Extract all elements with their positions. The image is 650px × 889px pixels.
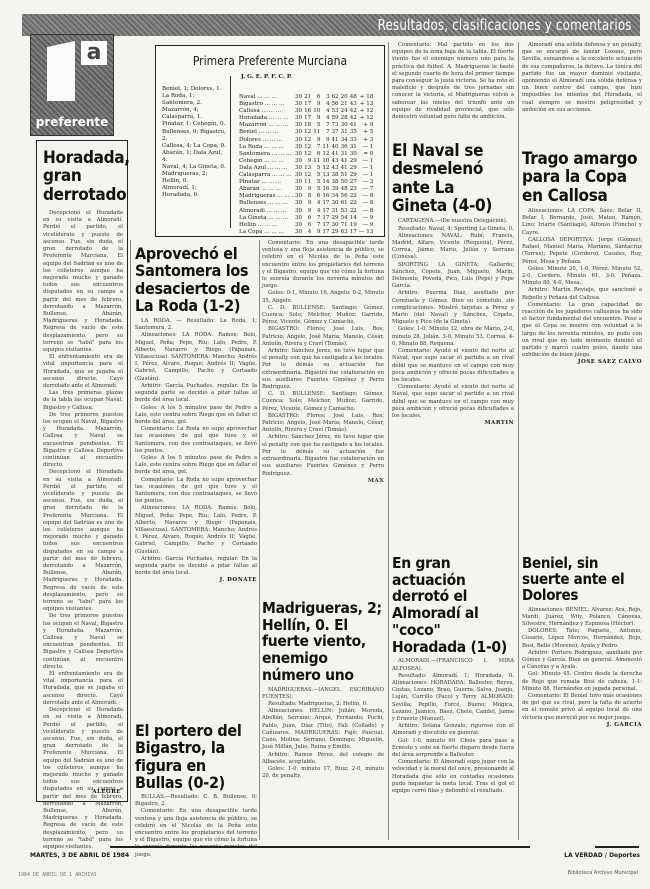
- goals-for: 62: [331, 94, 340, 101]
- drawn: 5: [312, 165, 321, 172]
- played: 30: [294, 222, 303, 229]
- team-name: Pinatar ... ... ...: [238, 179, 294, 186]
- goals-against: 20: [340, 94, 349, 101]
- won: 4: [303, 229, 312, 236]
- table-row: Calasparra ... ... ...3012513385129— 1: [238, 172, 374, 179]
- positives: + 9: [358, 122, 375, 129]
- table-row: Almoradí ... ... ...309417315322— 8: [238, 208, 374, 215]
- won: 6: [303, 222, 312, 229]
- played: 30: [294, 101, 303, 108]
- footer-rule: [595, 846, 639, 848]
- team-name: Dala Azul ... ... ...: [238, 165, 294, 172]
- team-name: Abarán ... ... ...: [238, 186, 294, 193]
- lost: 13: [321, 172, 330, 179]
- goals-for: 29: [331, 229, 340, 236]
- lost: 12: [321, 165, 330, 172]
- lost: 17: [321, 208, 330, 215]
- table-row: Abarán ... ... ...309516394823— 7: [238, 186, 374, 193]
- team-name: Bullenses ... ... ...: [238, 200, 294, 207]
- team-name: Beniel ... ... ...: [238, 129, 294, 136]
- byline: J. GARCIA: [522, 722, 642, 728]
- played: 30: [294, 208, 303, 215]
- points: 35: [349, 129, 358, 136]
- logo-letter: a: [81, 41, 107, 65]
- headline: Trago amargo para la Copa en Callosa: [522, 150, 642, 205]
- table-row: Naval ... ... ...302163622048+ 18: [238, 94, 374, 101]
- article-naval: El Naval se desmelenó ante La Gineta (4-…: [392, 142, 514, 426]
- table-header: J.G.E. P.F.C. P.: [238, 74, 295, 81]
- goals-for: 41: [331, 137, 340, 144]
- article-santomera: Aprovechó el Santomera los desaciertos d…: [135, 245, 257, 583]
- column-rule: [388, 42, 389, 840]
- won: 12: [303, 151, 312, 158]
- article-callosa: Trago amargo para la Copa en Callosa Ali…: [522, 150, 642, 365]
- footer-imprint-left: 1984 DE ABRIL DE 1 ARCHIVO: [18, 872, 96, 878]
- goals-against: 24: [340, 108, 349, 115]
- team-name: La Copa ... ... ...: [238, 229, 294, 236]
- lost: 16: [321, 193, 330, 200]
- points: 33: [349, 137, 358, 144]
- table-row: Callosa ... ... ...3016104532442+ 12: [238, 108, 374, 115]
- article-madrigueras: Madrigueras, 2; Hellín, 0. El fuerte vie…: [262, 600, 384, 780]
- byline: JOSE SAEZ CALVO: [522, 359, 642, 365]
- goals-against: 71: [340, 222, 349, 229]
- positives: — 1: [358, 172, 375, 179]
- lost: 7: [321, 129, 330, 136]
- played: 30: [294, 172, 303, 179]
- team-name: Calasparra ... ... ...: [238, 172, 294, 179]
- goals-for: 37: [331, 129, 340, 136]
- footer-rule: [110, 846, 530, 848]
- goals-against: 50: [340, 179, 349, 186]
- goals-against: 51: [340, 172, 349, 179]
- lost: 17: [321, 229, 330, 236]
- lost: 10: [321, 158, 330, 165]
- goals-for: 30: [331, 200, 340, 207]
- played: 30: [294, 115, 303, 122]
- team-name: Mazarrón ... ... ...: [238, 122, 294, 129]
- lost: 17: [321, 200, 330, 207]
- goals-for: 41: [331, 151, 340, 158]
- points: 22: [349, 193, 358, 200]
- points: 48: [349, 94, 358, 101]
- played: 30: [294, 193, 303, 200]
- won: 8: [303, 193, 312, 200]
- team-name: Bigastro ... ... ...: [238, 101, 294, 108]
- article-bigastro-continued: Comentario: En una desapacible tarde ven…: [262, 240, 384, 485]
- won: 9: [303, 186, 312, 193]
- played: 30: [294, 229, 303, 236]
- won: 6: [303, 215, 312, 222]
- won: 21: [303, 94, 312, 101]
- headline: Beniel, sin suerte ante el Dolores: [522, 555, 642, 604]
- lost: 12: [321, 151, 330, 158]
- article-almoradi: En gran actuación derrotó el Almoradí al…: [392, 555, 514, 795]
- team-name: Horadada ... ... ...: [238, 115, 294, 122]
- goals-against: 56: [340, 193, 349, 200]
- byline: ALEGRE: [92, 789, 121, 795]
- positives: + 3: [358, 137, 375, 144]
- lost: 9: [321, 137, 330, 144]
- drawn: 9: [312, 137, 321, 144]
- table-row: Bigastro ... ... ...301794562143+ 13: [238, 101, 374, 108]
- played: 30: [294, 137, 303, 144]
- footer-date: MARTES, 3 DE ABRIL DE 1984: [30, 852, 129, 859]
- positives: — 3: [358, 179, 375, 186]
- team-name: Santomera ... ... ...: [238, 151, 294, 158]
- goals-for: 53: [331, 108, 340, 115]
- goals-against: 41: [340, 158, 349, 165]
- drawn: 7: [312, 144, 321, 151]
- positives: + 12: [358, 115, 375, 122]
- goals-against: 34: [340, 137, 349, 144]
- lost: 17: [321, 222, 330, 229]
- article-body: LA RODA. — Resultado: La Roda, 1; Santom…: [135, 318, 257, 577]
- table-row: La Gineta ... ... ...306717295414— 9: [238, 215, 374, 222]
- won: 9: [303, 158, 312, 165]
- table-row: Dala Azul ... ... ...3013512434129— 1: [238, 165, 374, 172]
- article-body: CARTAGENA.—(De nuestra Delegación). Resu…: [392, 218, 514, 420]
- article-body: BULLAS.—Resultado: C. B. Bullense, 0; Bi…: [135, 794, 257, 859]
- won: 12: [303, 129, 312, 136]
- footer-publication: LA VERDAD / Deportes: [564, 852, 640, 859]
- positives: — 7: [358, 186, 375, 193]
- drawn: 6: [312, 193, 321, 200]
- won: 18: [303, 122, 312, 129]
- team-name: La Gineta ... ... ...: [238, 215, 294, 222]
- section-logo: a preferente: [30, 34, 114, 136]
- column-rule: [259, 240, 260, 840]
- byline: MAX: [262, 478, 384, 485]
- drawn: 5: [312, 179, 321, 186]
- lost: 4: [321, 101, 330, 108]
- positives: — 13: [358, 229, 375, 236]
- article-body: Decepcionó el Horadada en su visita a Al…: [43, 210, 123, 851]
- goals-for: 38: [331, 172, 340, 179]
- logo-numeral-shape: [47, 41, 75, 101]
- drawn: 10: [312, 108, 321, 115]
- played: 30: [294, 165, 303, 172]
- won: 9: [303, 208, 312, 215]
- standings-table: J.G.E. P.F.C. P.: [238, 74, 295, 86]
- goals-against: 31: [340, 129, 349, 136]
- goals-for: 59: [331, 115, 340, 122]
- points: 42: [349, 115, 358, 122]
- drawn: 11: [312, 129, 321, 136]
- positives: + 5: [358, 129, 375, 136]
- standings-rows: Naval ... ... ...302163622048+ 18Bigastr…: [238, 94, 374, 236]
- table-row: Santomera ... ... ...3012612413130= 0: [238, 151, 374, 158]
- standings-box: Primera Preferente Murciana Beniel, 1; D…: [155, 45, 385, 237]
- team-name: La Roda ... ... ...: [238, 144, 294, 151]
- goals-for: 31: [331, 208, 340, 215]
- goals-for: 73: [331, 122, 340, 129]
- team-name: Callosa ... ... ...: [238, 108, 294, 115]
- article-horadada: Horadada, gran derrotado Decepcionó el H…: [36, 140, 128, 802]
- won: 16: [303, 108, 312, 115]
- footer-imprint-right: Biblioteca Archivo Municipal: [568, 870, 638, 876]
- goals-for: 39: [331, 186, 340, 193]
- drawn: 4: [312, 200, 321, 207]
- table-row: Beniel ... ... ...3012117373135+ 5: [238, 129, 374, 136]
- points: 29: [349, 172, 358, 179]
- positives: + 13: [358, 101, 375, 108]
- played: 30: [294, 122, 303, 129]
- positives: — 1: [358, 165, 375, 172]
- table-row: La Roda ... ... ...3012711403631— 1: [238, 144, 374, 151]
- drawn: 9: [312, 115, 321, 122]
- goals-for: 30: [331, 222, 340, 229]
- points: 43: [349, 101, 358, 108]
- section-banner: Resultados, clasificaciones y comentario…: [22, 14, 640, 36]
- drawn: 5: [312, 122, 321, 129]
- team-name: Naval ... ... ...: [238, 94, 294, 101]
- drawn: 9: [312, 101, 321, 108]
- article-body: ALMORADI.—(FRANCISCO I. MIRA ALFOSEA). R…: [392, 658, 514, 795]
- positives: — 1: [358, 144, 375, 151]
- drawn: 5: [312, 172, 321, 179]
- standings-title: Primera Preferente Murciana: [156, 54, 384, 68]
- won: 13: [303, 165, 312, 172]
- table-row: Dolores ... ... ...301299413433+ 3: [238, 137, 374, 144]
- table-row: Mazarrón ... ... ...301857733041+ 9: [238, 122, 374, 129]
- goals-against: 41: [340, 165, 349, 172]
- won: 11: [303, 179, 312, 186]
- positives: — 9: [358, 215, 375, 222]
- played: 30: [294, 94, 303, 101]
- goals-for: 38: [331, 179, 340, 186]
- drawn: 7: [312, 215, 321, 222]
- positives: — 8: [358, 208, 375, 215]
- column-rule: [518, 42, 519, 840]
- lost: 7: [321, 122, 330, 129]
- goals-for: 43: [331, 165, 340, 172]
- column-rule: [130, 240, 131, 840]
- drawn: 7: [312, 222, 321, 229]
- drawn: 6: [312, 151, 321, 158]
- table-row: Horadada ... ... ...301794592842+ 12: [238, 115, 374, 122]
- lost: 16: [321, 186, 330, 193]
- lost: 14: [321, 179, 330, 186]
- lost: 4: [321, 115, 330, 122]
- byline: J. DONATE: [135, 577, 257, 583]
- goals-against: 30: [340, 122, 349, 129]
- goals-against: 61: [340, 200, 349, 207]
- points: 22: [349, 208, 358, 215]
- headline: El Naval se desmelenó ante La Gineta (4-…: [392, 142, 514, 215]
- table-row: Bullenses ... ... ...309417306122— 8: [238, 200, 374, 207]
- played: 30: [294, 108, 303, 115]
- lost: 3: [321, 94, 330, 101]
- goals-for: 56: [331, 101, 340, 108]
- headline: Madrigueras, 2; Hellín, 0. El fuerte vie…: [262, 600, 384, 684]
- team-name: Cehegín ... ... ...: [238, 158, 294, 165]
- article-body: Alineaciones: LA COPA: Sáez; Belar II, B…: [522, 208, 642, 359]
- lost: 4: [321, 108, 330, 115]
- won: 12: [303, 144, 312, 151]
- won: 17: [303, 101, 312, 108]
- positives: + 12: [358, 108, 375, 115]
- drawn: 4: [312, 208, 321, 215]
- divider: [230, 76, 231, 228]
- points: 27: [349, 179, 358, 186]
- logo-label: preferente: [31, 115, 113, 129]
- played: 30: [294, 158, 303, 165]
- goals-against: 63: [340, 229, 349, 236]
- points: 31: [349, 144, 358, 151]
- table-row: Pinatar ... ... ...3011514385027— 3: [238, 179, 374, 186]
- points: 29: [349, 158, 358, 165]
- table-row: Hellín ... ... ...306717307119— 9: [238, 222, 374, 229]
- points: 14: [349, 215, 358, 222]
- points: 19: [349, 222, 358, 229]
- results-list: Beniel, 1; Dolores, 1. La Roda, 1; Santo…: [162, 86, 228, 200]
- played: 30: [294, 129, 303, 136]
- headline: Horadada, gran derrotado: [43, 149, 123, 204]
- won: 12: [303, 137, 312, 144]
- headline: El portero del Bigastro, la figura en Bu…: [135, 722, 257, 791]
- team-name: Hellín ... ... ...: [238, 222, 294, 229]
- points: 41: [349, 122, 358, 129]
- article-bigastro: El portero del Bigastro, la figura en Bu…: [135, 722, 257, 859]
- points: 30: [349, 151, 358, 158]
- drawn: 9: [312, 229, 321, 236]
- positives: — 8: [358, 193, 375, 200]
- goals-against: 54: [340, 215, 349, 222]
- points: 22: [349, 200, 358, 207]
- points: 23: [349, 186, 358, 193]
- played: 30: [294, 179, 303, 186]
- team-name: Dolores ... ... ...: [238, 137, 294, 144]
- article-body: MADRIGUERAS.—(ANGEL ESCRIBANO FUENTES). …: [262, 687, 384, 781]
- played: 30: [294, 151, 303, 158]
- goals-for: 34: [331, 193, 340, 200]
- byline: MARTIN: [392, 420, 514, 426]
- goals-against: 28: [340, 115, 349, 122]
- lost: 17: [321, 215, 330, 222]
- headline: Aprovechó el Santomera los desaciertos d…: [135, 245, 257, 314]
- played: 30: [294, 186, 303, 193]
- table-row: Cehegín ... ... ...3091110434129— 1: [238, 158, 374, 165]
- played: 30: [294, 215, 303, 222]
- points: 42: [349, 108, 358, 115]
- article-body: Alineaciones: BENIEL: Alvarez; Ara, Rojo…: [522, 607, 642, 722]
- positives: = 0: [358, 151, 375, 158]
- played: 30: [294, 144, 303, 151]
- won: 17: [303, 115, 312, 122]
- drawn: 5: [312, 186, 321, 193]
- article-almoradi-continued: Almoradí una sólida defensa y un penalty…: [522, 42, 642, 114]
- played: 30: [294, 200, 303, 207]
- goals-for: 40: [331, 144, 340, 151]
- goals-against: 21: [340, 101, 349, 108]
- article-beniel: Beniel, sin suerte ante el Dolores Aline…: [522, 555, 642, 728]
- team-name: Madrigueras ... ... ...: [238, 193, 294, 200]
- lost: 11: [321, 144, 330, 151]
- section-title: Resultados, clasificaciones y comentario…: [378, 16, 632, 34]
- goals-against: 31: [340, 151, 349, 158]
- team-name: Almoradí ... ... ...: [238, 208, 294, 215]
- headline: En gran actuación derrotó el Almoradí al…: [392, 555, 514, 655]
- goals-for: 29: [331, 215, 340, 222]
- won: 12: [303, 172, 312, 179]
- positives: + 18: [358, 94, 375, 101]
- positives: — 1: [358, 158, 375, 165]
- table-row: La Copa ... ... ...304917296317— 13: [238, 229, 374, 236]
- table-row: Madrigueras ... ... ...308616345622— 8: [238, 193, 374, 200]
- positives: — 8: [358, 200, 375, 207]
- goals-against: 48: [340, 186, 349, 193]
- positives: — 9: [358, 222, 375, 229]
- goals-against: 36: [340, 144, 349, 151]
- points: 17: [349, 229, 358, 236]
- goals-against: 53: [340, 208, 349, 215]
- drawn: 6: [312, 94, 321, 101]
- drawn: 11: [312, 158, 321, 165]
- article-madrigueras-continued: Comentario: Mal partido en los dos equip…: [392, 42, 514, 136]
- goals-for: 43: [331, 158, 340, 165]
- points: 29: [349, 165, 358, 172]
- won: 9: [303, 200, 312, 207]
